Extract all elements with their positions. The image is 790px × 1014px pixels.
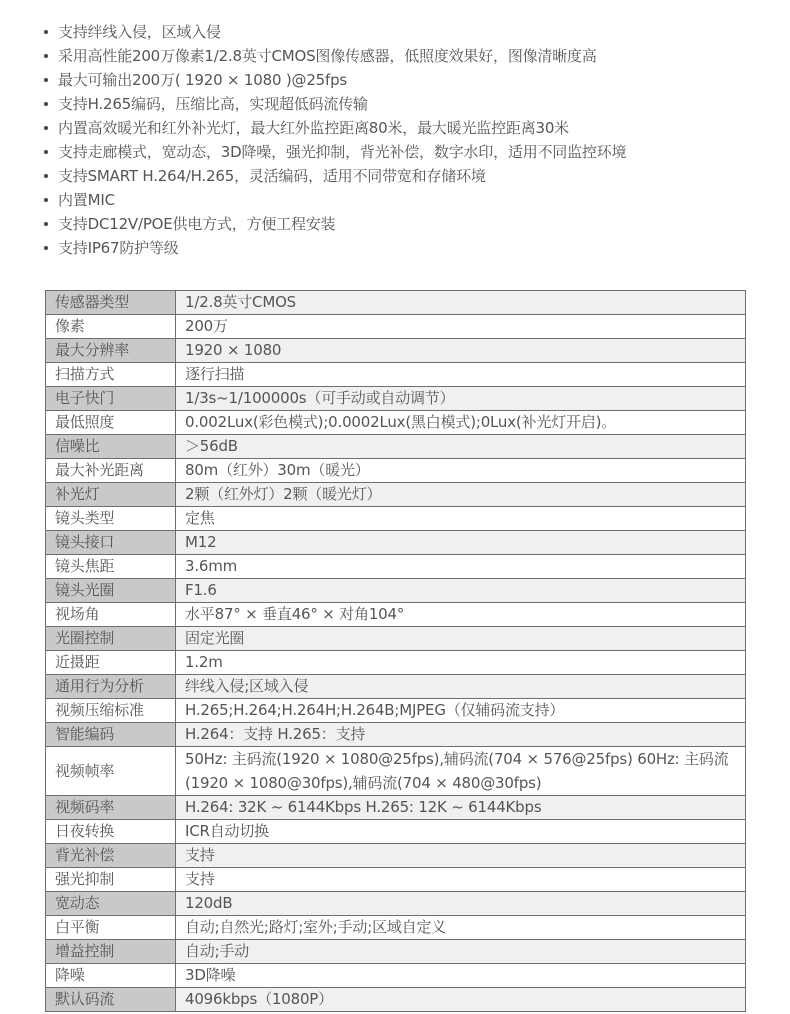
spec-value: 3.6mm [176, 555, 746, 579]
spec-key: 白平衡 [46, 916, 176, 940]
bullet-icon [44, 222, 48, 226]
spec-key: 镜头类型 [46, 507, 176, 531]
feature-text: 最大可输出200万( 1920 × 1080 )@25fps [58, 71, 347, 89]
feature-list: 支持绊线入侵，区域入侵 采用高性能200万像素1/2.8英寸CMOS图像传感器，… [40, 20, 626, 260]
spec-row: 镜头光圈F1.6 [46, 579, 746, 603]
feature-text: 支持绊线入侵，区域入侵 [58, 23, 221, 41]
spec-value: 4096kbps（1080P） [176, 988, 746, 1012]
bullet-icon [44, 78, 48, 82]
bullet-icon [44, 54, 48, 58]
feature-item: 内置MIC [40, 188, 626, 212]
spec-key: 背光补偿 [46, 844, 176, 868]
spec-key: 光圈控制 [46, 627, 176, 651]
feature-text: 支持H.265编码，压缩比高，实现超低码流传输 [58, 95, 368, 113]
spec-table: 传感器类型1/2.8英寸CMOS 像素200万 最大分辨率1920 × 1080… [45, 290, 746, 1012]
bullet-icon [44, 174, 48, 178]
spec-row: 最低照度0.002Lux(彩色模式);0.0002Lux(黑白模式);0Lux(… [46, 411, 746, 435]
spec-value: H.264：支持 H.265：支持 [176, 723, 746, 747]
spec-value: 绊线入侵;区域入侵 [176, 675, 746, 699]
spec-value: 1/3s~1/100000s（可手动或自动调节） [176, 387, 746, 411]
spec-row: 白平衡自动;自然光;路灯;室外;手动;区域自定义 [46, 916, 746, 940]
spec-row: 视频压缩标准H.265;H.264;H.264H;H.264B;MJPEG（仅辅… [46, 699, 746, 723]
spec-value: 2颗（红外灯）2颗（暖光灯） [176, 483, 746, 507]
spec-key: 默认码流 [46, 988, 176, 1012]
spec-value: F1.6 [176, 579, 746, 603]
spec-key: 视场角 [46, 603, 176, 627]
bullet-icon [44, 126, 48, 130]
feature-item: 最大可输出200万( 1920 × 1080 )@25fps [40, 68, 626, 92]
spec-value: 50Hz: 主码流(1920 × 1080@25fps),辅码流(704 × 5… [176, 747, 746, 796]
spec-value: 固定光圈 [176, 627, 746, 651]
feature-text: 内置MIC [58, 191, 115, 209]
spec-row: 降噪3D降噪 [46, 964, 746, 988]
spec-row: 视场角水平87° × 垂直46° × 对角104° [46, 603, 746, 627]
spec-value: 200万 [176, 315, 746, 339]
spec-row: 最大补光距离80m（红外）30m（暖光） [46, 459, 746, 483]
feature-item: 采用高性能200万像素1/2.8英寸CMOS图像传感器，低照度效果好，图像清晰度… [40, 44, 626, 68]
spec-row: 通用行为分析绊线入侵;区域入侵 [46, 675, 746, 699]
feature-text: 支持DC12V/POE供电方式，方便工程安装 [58, 215, 335, 233]
spec-row: 镜头类型定焦 [46, 507, 746, 531]
feature-item: 支持IP67防护等级 [40, 236, 626, 260]
spec-row: 扫描方式逐行扫描 [46, 363, 746, 387]
feature-item: 支持绊线入侵，区域入侵 [40, 20, 626, 44]
spec-row: 近摄距1.2m [46, 651, 746, 675]
feature-text: 支持走廊模式，宽动态，3D降噪，强光抑制，背光补偿，数字水印，适用不同监控环境 [58, 143, 626, 161]
spec-row: 宽动态120dB [46, 892, 746, 916]
spec-value: M12 [176, 531, 746, 555]
spec-key: 增益控制 [46, 940, 176, 964]
spec-key: 最大补光距离 [46, 459, 176, 483]
spec-key: 强光抑制 [46, 868, 176, 892]
feature-item: 支持走廊模式，宽动态，3D降噪，强光抑制，背光补偿，数字水印，适用不同监控环境 [40, 140, 626, 164]
spec-row: 增益控制自动;手动 [46, 940, 746, 964]
bullet-icon [44, 102, 48, 106]
spec-key: 电子快门 [46, 387, 176, 411]
spec-row: 传感器类型1/2.8英寸CMOS [46, 291, 746, 315]
feature-item: 支持DC12V/POE供电方式，方便工程安装 [40, 212, 626, 236]
spec-row: 补光灯2颗（红外灯）2颗（暖光灯） [46, 483, 746, 507]
spec-value: 自动;自然光;路灯;室外;手动;区域自定义 [176, 916, 746, 940]
feature-item: 支持H.265编码，压缩比高，实现超低码流传输 [40, 92, 626, 116]
spec-row: 像素200万 [46, 315, 746, 339]
spec-key: 最低照度 [46, 411, 176, 435]
spec-row: 默认码流4096kbps（1080P） [46, 988, 746, 1012]
feature-item: 支持SMART H.264/H.265，灵活编码，适用不同带宽和存储环境 [40, 164, 626, 188]
spec-row: 最大分辨率1920 × 1080 [46, 339, 746, 363]
spec-value: 支持 [176, 844, 746, 868]
spec-value: 逐行扫描 [176, 363, 746, 387]
spec-value: ＞56dB [176, 435, 746, 459]
spec-key: 近摄距 [46, 651, 176, 675]
spec-value: 自动;手动 [176, 940, 746, 964]
spec-value: 120dB [176, 892, 746, 916]
bullet-icon [44, 246, 48, 250]
bullet-icon [44, 198, 48, 202]
spec-row: 日夜转换ICR自动切换 [46, 820, 746, 844]
spec-key: 镜头焦距 [46, 555, 176, 579]
feature-text: 支持SMART H.264/H.265，灵活编码，适用不同带宽和存储环境 [58, 167, 486, 185]
spec-value: 1/2.8英寸CMOS [176, 291, 746, 315]
spec-row: 智能编码H.264：支持 H.265：支持 [46, 723, 746, 747]
spec-value: H.264: 32K ~ 6144Kbps H.265: 12K ~ 6144K… [176, 796, 746, 820]
spec-value: H.265;H.264;H.264H;H.264B;MJPEG（仅辅码流支持） [176, 699, 746, 723]
spec-key: 通用行为分析 [46, 675, 176, 699]
spec-key: 智能编码 [46, 723, 176, 747]
spec-key: 信噪比 [46, 435, 176, 459]
spec-value: 水平87° × 垂直46° × 对角104° [176, 603, 746, 627]
spec-key: 镜头接口 [46, 531, 176, 555]
spec-value: 定焦 [176, 507, 746, 531]
spec-row: 电子快门1/3s~1/100000s（可手动或自动调节） [46, 387, 746, 411]
spec-value: ICR自动切换 [176, 820, 746, 844]
spec-value: 0.002Lux(彩色模式);0.0002Lux(黑白模式);0Lux(补光灯开… [176, 411, 746, 435]
feature-text: 内置高效暖光和红外补光灯，最大红外监控距离80米，最大暖光监控距离30米 [58, 119, 569, 137]
spec-value: 80m（红外）30m（暖光） [176, 459, 746, 483]
spec-key: 日夜转换 [46, 820, 176, 844]
spec-value: 1.2m [176, 651, 746, 675]
spec-row: 强光抑制支持 [46, 868, 746, 892]
spec-row: 背光补偿支持 [46, 844, 746, 868]
spec-row: 镜头焦距3.6mm [46, 555, 746, 579]
spec-key: 补光灯 [46, 483, 176, 507]
spec-key: 宽动态 [46, 892, 176, 916]
feature-item: 内置高效暖光和红外补光灯，最大红外监控距离80米，最大暖光监控距离30米 [40, 116, 626, 140]
bullet-icon [44, 30, 48, 34]
spec-row: 视频码率H.264: 32K ~ 6144Kbps H.265: 12K ~ 6… [46, 796, 746, 820]
spec-key: 传感器类型 [46, 291, 176, 315]
spec-key: 视频压缩标准 [46, 699, 176, 723]
spec-key: 视频帧率 [46, 747, 176, 796]
spec-row: 镜头接口M12 [46, 531, 746, 555]
bullet-icon [44, 150, 48, 154]
spec-key: 扫描方式 [46, 363, 176, 387]
spec-key: 最大分辨率 [46, 339, 176, 363]
spec-key: 镜头光圈 [46, 579, 176, 603]
spec-row: 视频帧率50Hz: 主码流(1920 × 1080@25fps),辅码流(704… [46, 747, 746, 796]
spec-key: 像素 [46, 315, 176, 339]
spec-key: 降噪 [46, 964, 176, 988]
spec-row: 信噪比＞56dB [46, 435, 746, 459]
spec-row: 光圈控制固定光圈 [46, 627, 746, 651]
feature-text: 支持IP67防护等级 [58, 239, 179, 257]
spec-key: 视频码率 [46, 796, 176, 820]
spec-value: 支持 [176, 868, 746, 892]
spec-value: 3D降噪 [176, 964, 746, 988]
spec-value: 1920 × 1080 [176, 339, 746, 363]
feature-text: 采用高性能200万像素1/2.8英寸CMOS图像传感器，低照度效果好，图像清晰度… [58, 47, 597, 65]
